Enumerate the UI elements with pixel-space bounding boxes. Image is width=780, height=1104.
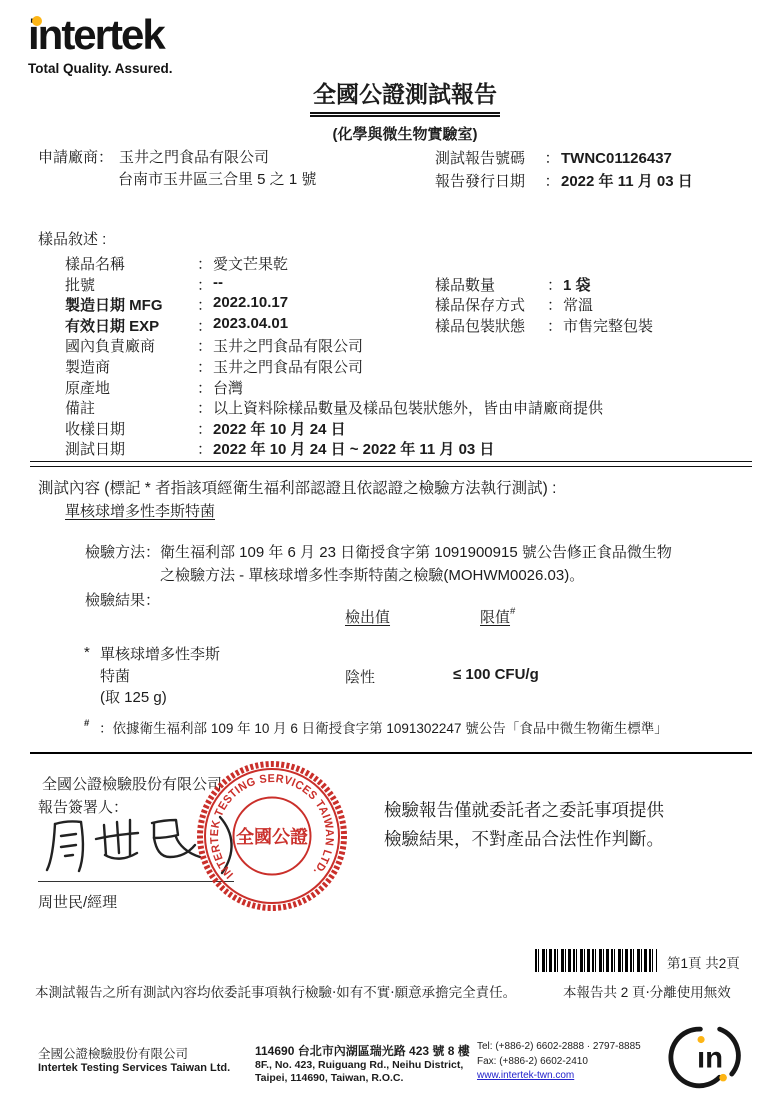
row-label: 測試日期 (65, 438, 197, 459)
row-label: 製造商 (65, 356, 197, 377)
row-label: 樣品保存方式 (435, 294, 547, 315)
row-label: 製造日期 MFG (65, 294, 197, 315)
report-number-value: TWNC01126437 (561, 147, 672, 170)
column-header-limit-text: 限值 (480, 609, 510, 626)
test-content-intro: 測試內容 (標記 * 者指該項經衛生福利部認證且依認證之檢驗方法執行測試) : (38, 476, 556, 498)
sample-row-received-date: 收樣日期：2022 年 10 月 24 日 (65, 418, 603, 439)
method-line2: 之檢驗方法 - 單核球增多性李斯特菌之檢驗(MOHWM0026.03)。 (160, 567, 584, 584)
sample-row-storage: 樣品保存方式：常溫 (435, 294, 653, 315)
pages-note: 本報告共 2 頁‧分離使用無效 (563, 981, 731, 1001)
sample-row-quantity: 樣品數量：1 袋 (435, 274, 653, 295)
applicant-name: 玉井之門食品有限公司 (119, 149, 269, 166)
intertek-tagline: Total Quality. Assured. (28, 61, 173, 76)
sample-row-origin: 原產地：台灣 (65, 377, 603, 398)
colon: ： (197, 438, 213, 459)
sample-section-title: 樣品敘述 : (38, 228, 106, 249)
company-stamp: INTERTEK TESTING SERVICES TAIWAN LTD. 全國… (194, 758, 350, 914)
row-value: 2023.04.01 (213, 315, 288, 332)
column-header-limit: 限值# (480, 606, 515, 627)
report-meta-block: 測試報告號碼 ： TWNC01126437 報告發行日期 ： 2022 年 11… (435, 147, 693, 193)
footer-address-en-line2: Taipei, 114690, Taiwan, R.O.C. (255, 1072, 463, 1085)
result-limit-value: ≤ 100 CFU/g (453, 666, 539, 683)
report-subtitle: (化學與微生物實驗室) (0, 123, 780, 144)
analyte-group-title: 單核球增多性李斯特菌 (65, 500, 215, 521)
colon: ： (197, 377, 213, 398)
sample-row-manufacturer: 製造商：玉井之門食品有限公司 (65, 356, 603, 377)
limit-footnote-marker: # (510, 606, 515, 617)
report-title-block: 全國公證測試報告 (化學與微生物實驗室) (0, 76, 780, 144)
colon: ： (197, 294, 213, 315)
svg-text:ın: ın (697, 1041, 723, 1074)
thick-rule-divider (30, 752, 752, 754)
sample-row-packaging: 樣品包裝狀態：市售完整包裝 (435, 315, 653, 336)
colon: ： (197, 335, 213, 356)
colon: ： (197, 397, 213, 418)
intertek-logo-yellow-dot-icon (32, 16, 42, 26)
row-label: 批號 (65, 274, 197, 295)
sample-row-domestic-company: 國內負責廠商：玉井之門食品有限公司 (65, 335, 603, 356)
row-value: 玉井之門食品有限公司 (213, 335, 363, 356)
row-value: 2022 年 10 月 24 日 (213, 418, 346, 439)
row-label: 收樣日期 (65, 418, 197, 439)
colon: ： (197, 274, 213, 295)
colon: ： (543, 170, 561, 193)
issue-date-row: 報告發行日期 ： 2022 年 11 月 03 日 (435, 170, 693, 193)
colon: ： (197, 418, 213, 439)
analyte-name-line2: 特菌 (100, 668, 130, 685)
row-value: 愛文芒果乾 (213, 253, 288, 274)
signer-name-title: 周世民/經理 (38, 891, 117, 912)
notice-line2: 檢驗結果，不對產品合法性作判斷。 (384, 825, 664, 854)
row-value: 玉井之門食品有限公司 (213, 356, 363, 377)
analyte-sample-amount: (取 125 g) (100, 689, 167, 706)
colon: ： (547, 274, 563, 295)
footnote-text: ：依據衛生福利部 109 年 10 月 6 日衛授食字第 1091302247 … (99, 721, 668, 736)
method-line1: 衛生福利部 109 年 6 月 23 日衛授食字第 1091900915 號公告… (160, 544, 672, 561)
accredited-star-marker: * (84, 644, 90, 661)
footer-address-en: 8F., No. 423, Ruiguang Rd., Neihu Distri… (255, 1059, 463, 1085)
row-value: 以上資料除樣品數量及樣品包裝狀態外，皆由申請廠商提供 (213, 397, 603, 418)
sample-side-rows: 樣品數量：1 袋 樣品保存方式：常溫 樣品包裝狀態：市售完整包裝 (435, 274, 653, 336)
intertek-logo-text: intertek (28, 11, 164, 58)
issue-date-value: 2022 年 11 月 03 日 (561, 170, 693, 193)
row-value: -- (213, 274, 223, 291)
row-label: 備註 (65, 397, 197, 418)
test-report-page: intertek Total Quality. Assured. 全國公證測試報… (0, 0, 780, 1104)
footnote: # ：依據衛生福利部 109 年 10 月 6 日衛授食字第 109130224… (84, 717, 668, 737)
intertek-logo: intertek Total Quality. Assured. (28, 14, 173, 76)
colon: ： (197, 356, 213, 377)
row-value: 台灣 (213, 377, 243, 398)
applicant-label: 申請廠商： (38, 149, 113, 166)
colon: ： (547, 315, 563, 336)
colon: ： (543, 147, 561, 170)
sample-row-remark: 備註：以上資料除樣品數量及樣品包裝狀態外，皆由申請廠商提供 (65, 397, 603, 418)
colon: ： (197, 315, 213, 336)
footer-contact-block: Tel: (+886-2) 6602-2888 · 2797-8885 Fax:… (477, 1040, 641, 1084)
row-label: 樣品包裝狀態 (435, 315, 547, 336)
row-label: 國內負責廠商 (65, 335, 197, 356)
applicant-address: 台南市玉井區三合里 5 之 1 號 (38, 169, 316, 191)
notice-line1: 檢驗報告僅就委託者之委託事項提供 (384, 796, 664, 825)
colon: ： (547, 294, 563, 315)
row-value: 常溫 (563, 294, 593, 315)
report-number-label: 測試報告號碼 (435, 147, 543, 170)
report-notice: 檢驗報告僅就委託者之委託事項提供 檢驗結果，不對產品合法性作判斷。 (384, 796, 664, 854)
sample-row-name: 樣品名稱：愛文芒果乾 (65, 253, 603, 274)
row-value: 市售完整包裝 (563, 315, 653, 336)
applicant-block: 申請廠商：玉井之門食品有限公司 台南市玉井區三合里 5 之 1 號 (38, 147, 316, 191)
stamp-center-text: 全國公證 (236, 826, 308, 847)
double-rule-divider (30, 461, 752, 467)
row-label: 有效日期 EXP (65, 315, 197, 336)
footer-address-zh: 114690 台北市內湖區瑞光路 423 號 8 樓 (255, 1042, 470, 1059)
column-header-detected: 檢出值 (345, 606, 390, 627)
report-number-row: 測試報告號碼 ： TWNC01126437 (435, 147, 693, 170)
sample-row-test-date: 測試日期：2022 年 10 月 24 日 ~ 2022 年 11 月 03 日 (65, 438, 603, 459)
report-title: 全國公證測試報告 (310, 76, 500, 117)
test-method-block: 檢驗方法： 衛生福利部 109 年 6 月 23 日衛授食字第 10919009… (85, 542, 672, 587)
analyte-name-line1: 單核球增多性李斯 (100, 646, 220, 663)
footer-tel: Tel: (+886-2) 6602-2888 · 2797-8885 (477, 1040, 641, 1055)
page-number-info: 第1頁 共2頁 (667, 952, 740, 972)
intertek-roundel-icon: ın (668, 1018, 752, 1102)
row-value: 1 袋 (563, 274, 591, 295)
report-disclaimer: 本測試報告之所有測試內容均依委託事項執行檢驗‧如有不實‧願意承擔完全責任。 (35, 981, 516, 1001)
result-analyte-name: 單核球增多性李斯 特菌 (取 125 g) (100, 644, 260, 709)
row-value: 2022 年 10 月 24 日 ~ 2022 年 11 月 03 日 (213, 438, 494, 459)
footer-website-link[interactable]: www.intertek-twn.com (477, 1070, 574, 1081)
method-label: 檢驗方法： (85, 542, 160, 587)
result-label: 檢驗結果： (85, 589, 160, 610)
footer-address-en-line1: 8F., No. 423, Ruiguang Rd., Neihu Distri… (255, 1059, 463, 1072)
row-label: 樣品數量 (435, 274, 547, 295)
issue-date-label: 報告發行日期 (435, 170, 543, 193)
footer-company-zh: 全國公證檢驗股份有限公司 (38, 1044, 188, 1062)
colon: ： (197, 253, 213, 274)
footer-company-en: Intertek Testing Services Taiwan Ltd. (38, 1062, 230, 1074)
row-label: 樣品名稱 (65, 253, 197, 274)
row-label: 原產地 (65, 377, 197, 398)
row-value: 2022.10.17 (213, 294, 288, 311)
footer-fax: Fax: (+886-2) 6602-2410 (477, 1055, 641, 1070)
footnote-marker: # (84, 718, 89, 729)
result-detected-value: 陰性 (345, 666, 375, 687)
barcode (535, 949, 657, 972)
